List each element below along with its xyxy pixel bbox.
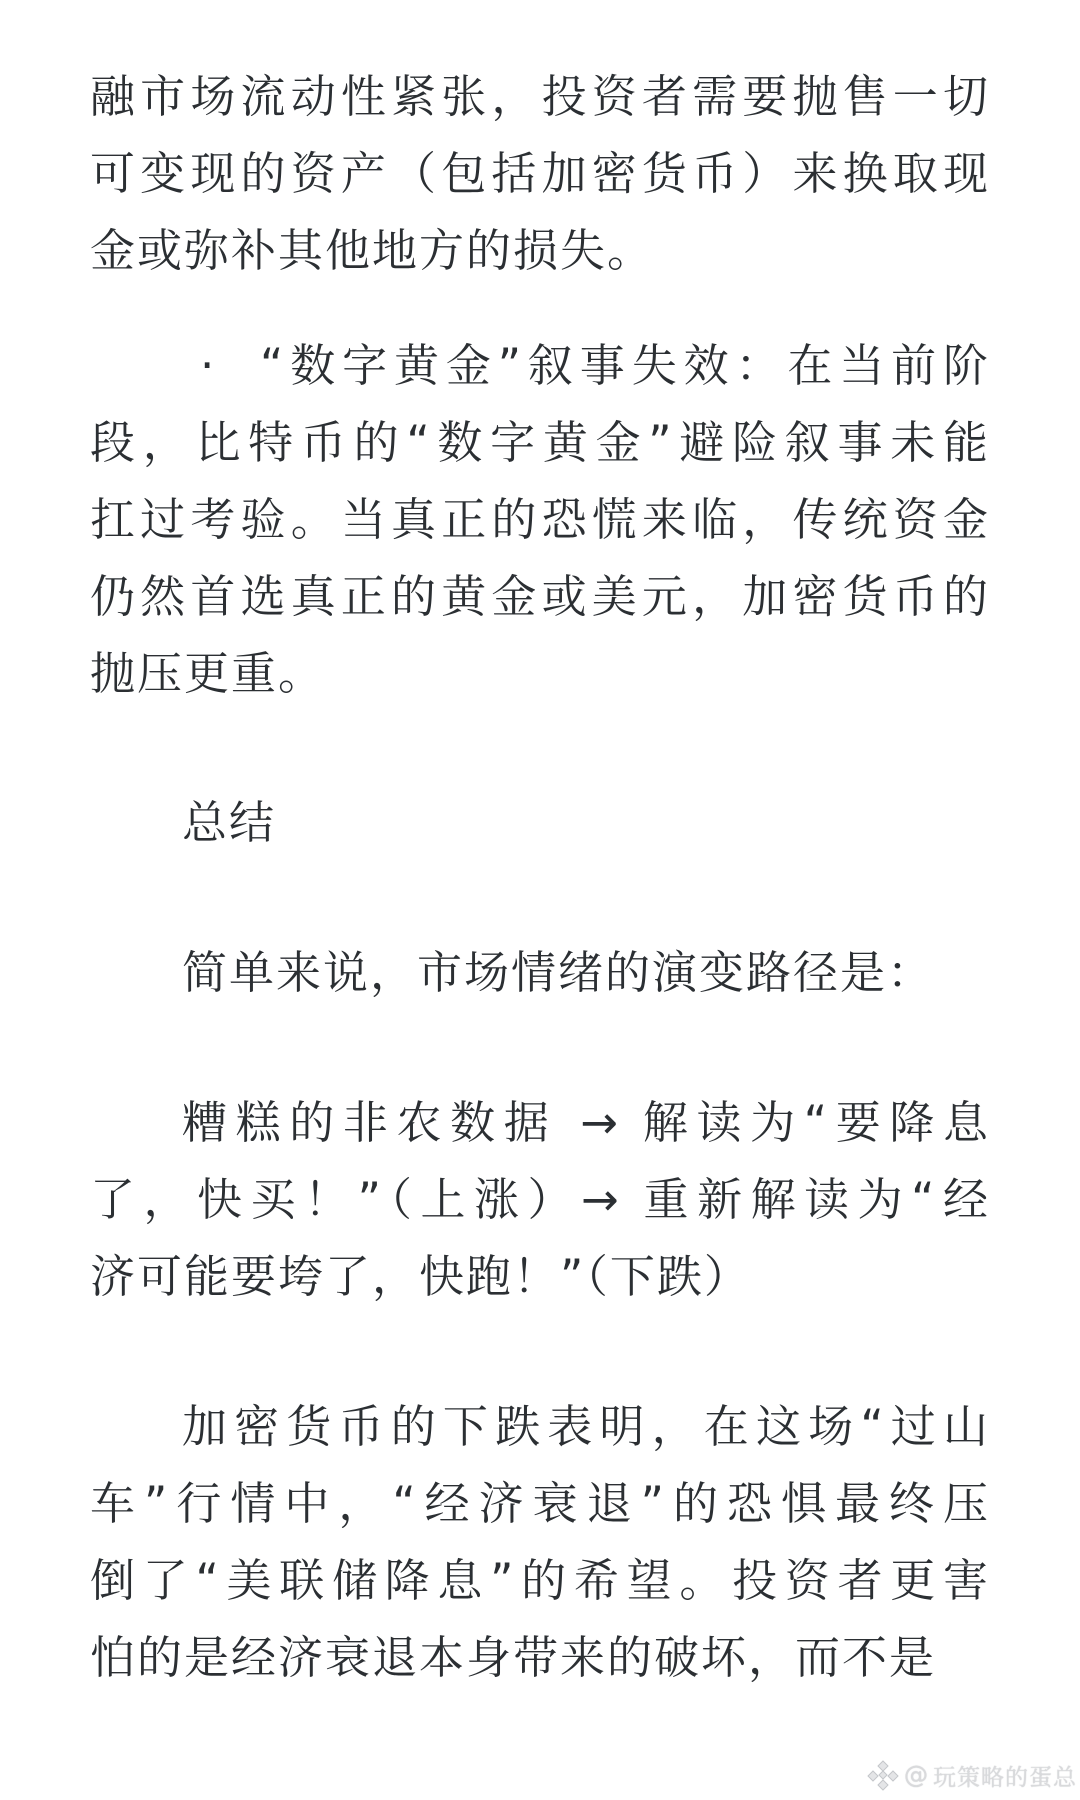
watermark-handle: 玩策略的蛋总 [933,1759,1077,1792]
text-line: 融市场流动性紧张，投资者需要抛售一切 [90,58,990,135]
paragraph-intro-path: 简单来说，市场情绪的演变路径是： [90,934,990,1011]
text-line: 扛过考验。当真正的恐慌来临，传统资金 [90,481,990,558]
text-line: 了，快买！”（上涨）→ 重新解读为“经 [90,1161,990,1238]
text-line: 怕的是经济衰退本身带来的破坏，而不是 [90,1619,990,1696]
bullet-dot-icon: · [200,327,260,404]
section-heading-summary: 总结 [90,784,990,861]
binance-diamond-icon [866,1758,900,1792]
article-body: 融市场流动性紧张，投资者需要抛售一切 可变现的资产（包括加密货币）来换取现 金或… [0,0,1080,1800]
paragraph-digital-gold-bullet: ·“数字黄金”叙事失效：在当前阶 段，比特币的“数字黄金”避险叙事未能 扛过考验… [90,327,990,712]
paragraph-sentiment-path: 糟糕的非农数据 → 解读为“要降息 了，快买！”（上涨）→ 重新解读为“经 济可… [90,1084,990,1315]
bullet-line: ·“数字黄金”叙事失效：在当前阶 [90,327,990,404]
text-line: 加密货币的下跌表明，在这场“过山 [90,1388,990,1465]
text-line: 段，比特币的“数字黄金”避险叙事未能 [90,404,990,481]
heading-text: 总结 [90,784,990,861]
text-line: 车”行情中，“经济衰退”的恐惧最终压 [90,1465,990,1542]
text-line: 抛压更重。 [90,635,990,712]
bullet-text: “数字黄金”叙事失效：在当前阶 [260,339,990,392]
text-line: 金或弥补其他地方的损失。 [90,212,990,289]
text-line: 仍然首选真正的黄金或美元，加密货币的 [90,558,990,635]
text-line: 简单来说，市场情绪的演变路径是： [90,934,990,1011]
paragraph-liquidity: 融市场流动性紧张，投资者需要抛售一切 可变现的资产（包括加密货币）来换取现 金或… [90,58,990,289]
text-line: 糟糕的非农数据 → 解读为“要降息 [90,1084,990,1161]
text-line: 济可能要垮了，快跑！”（下跌） [90,1238,990,1315]
text-line: 倒了“美联储降息”的希望。投资者更害 [90,1542,990,1619]
paragraph-conclusion: 加密货币的下跌表明，在这场“过山 车”行情中，“经济衰退”的恐惧最终压 倒了“美… [90,1388,990,1696]
text-line: 可变现的资产（包括加密货币）来换取现 [90,135,990,212]
watermark-at: @ [904,1761,929,1789]
author-watermark: @ 玩策略的蛋总 [866,1758,1077,1792]
